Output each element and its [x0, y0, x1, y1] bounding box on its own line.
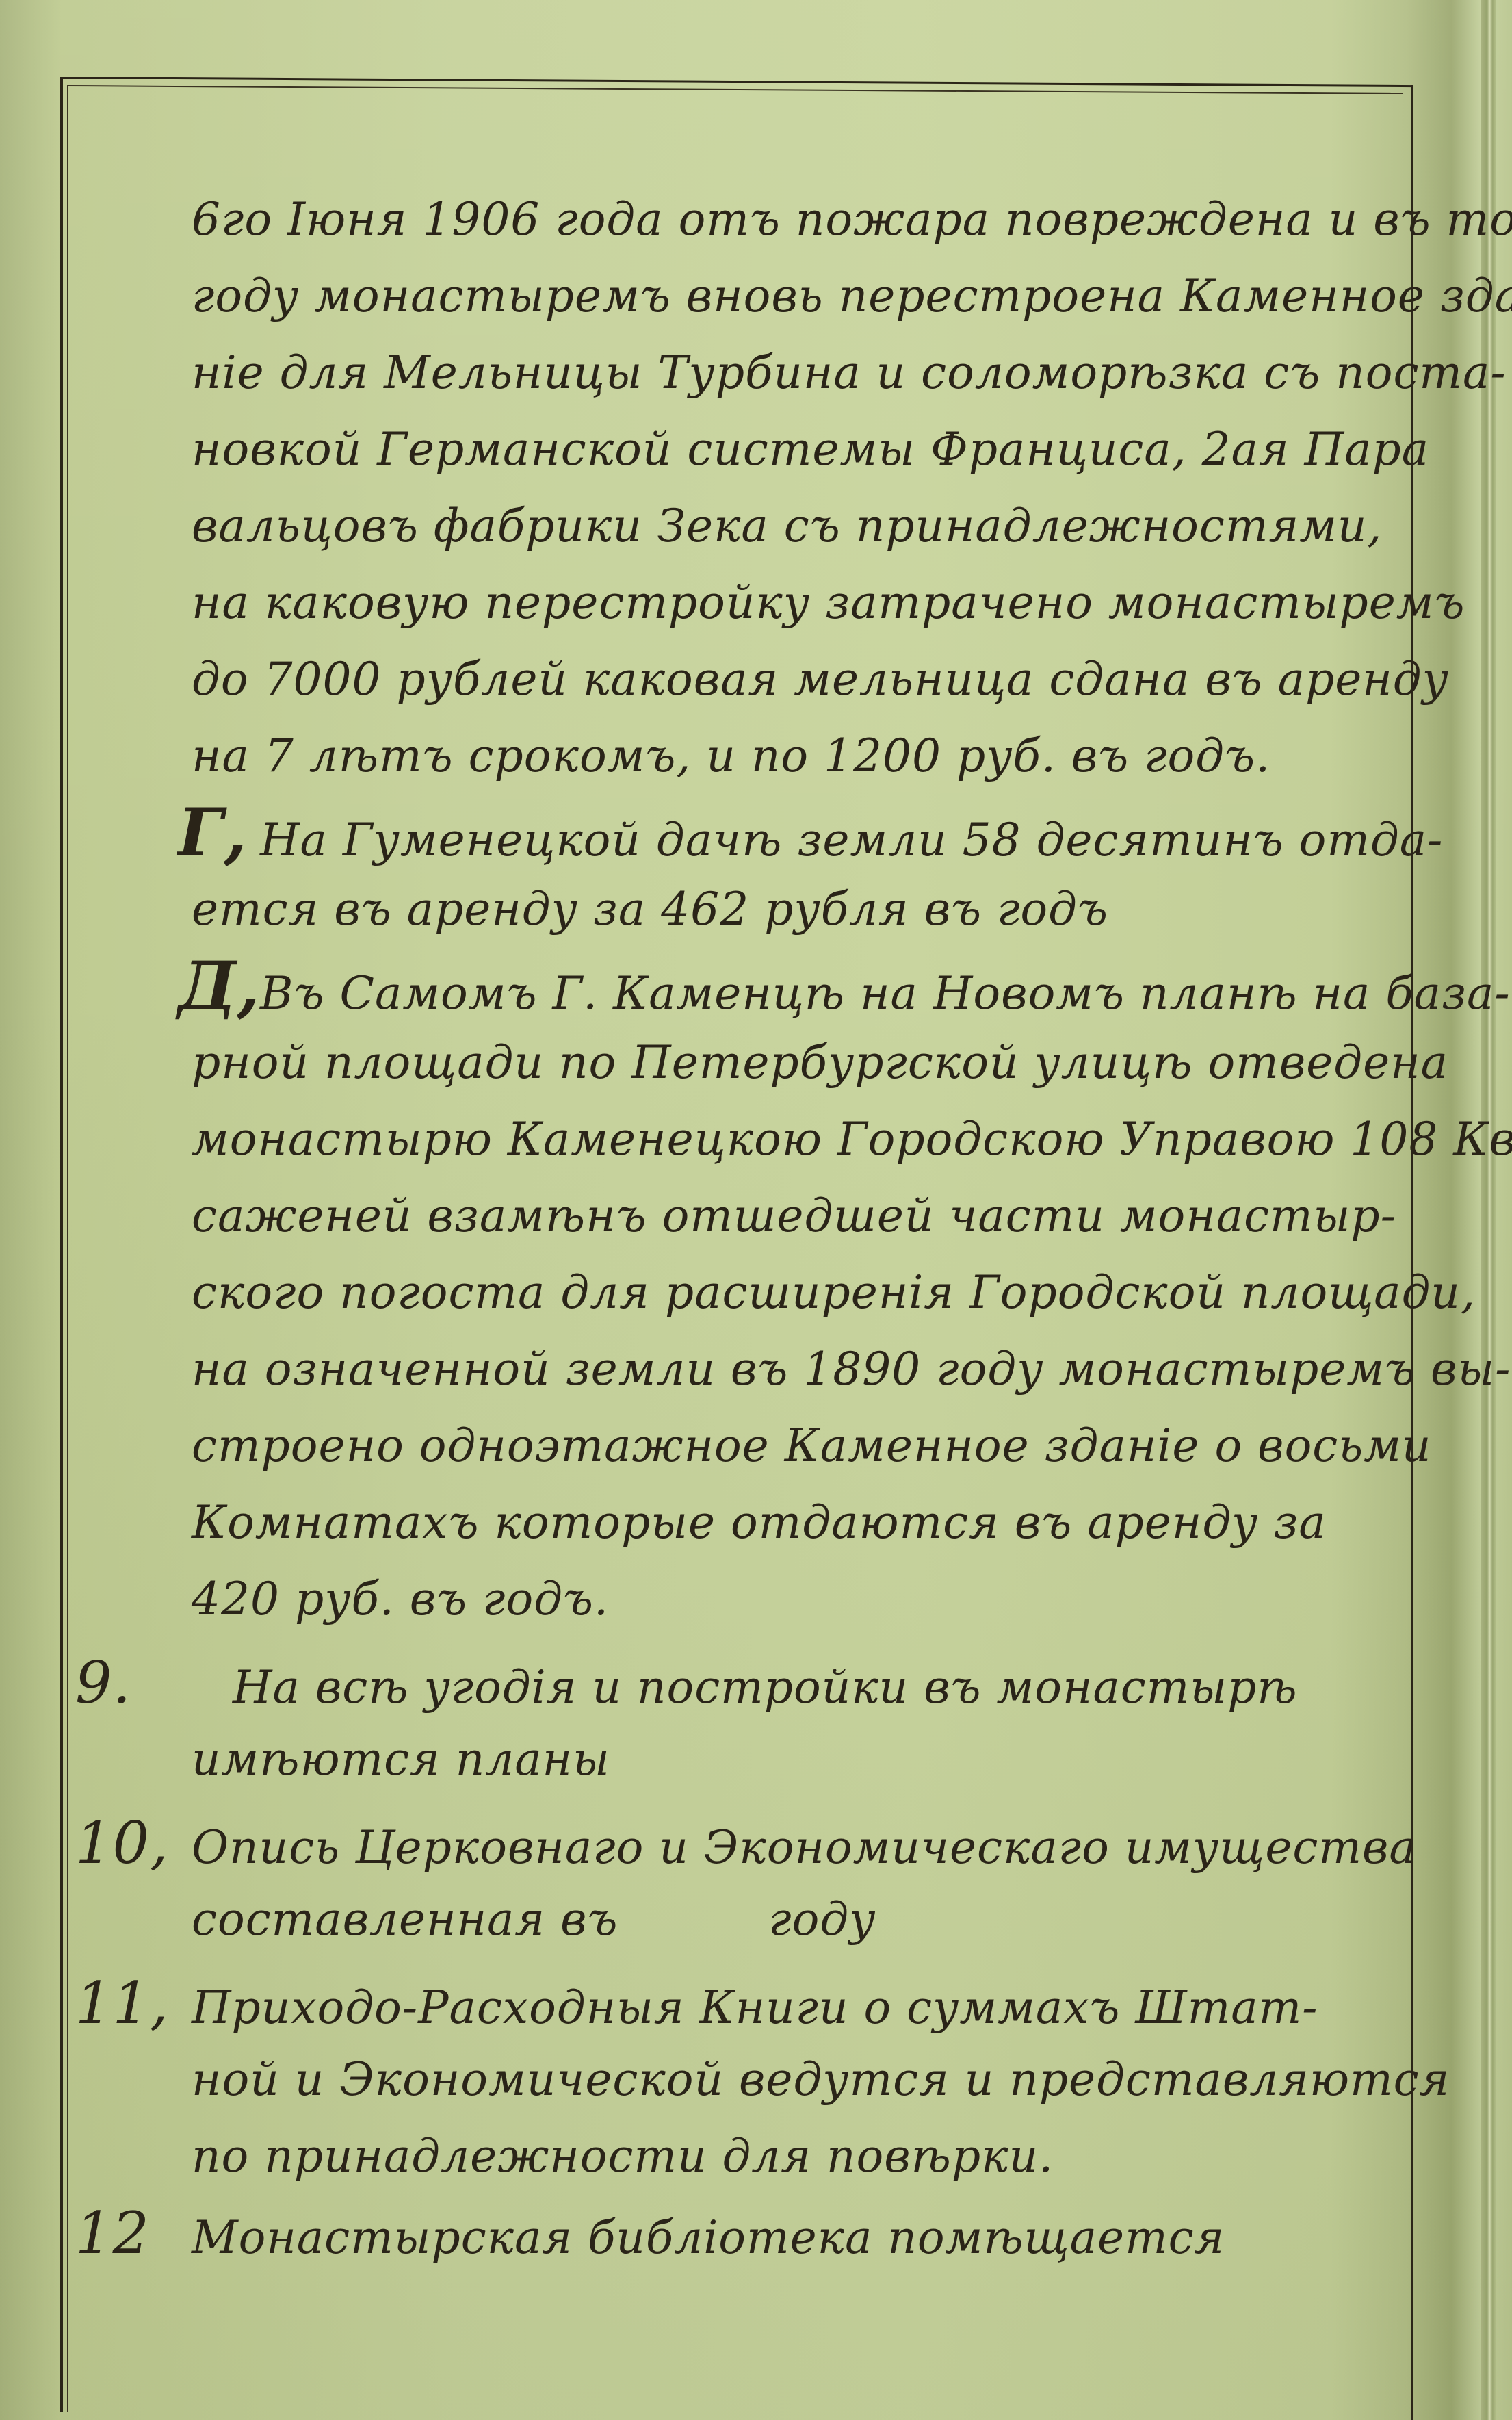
manuscript-body: 6го Іюня 1906 года отъ пожара повреждена…: [75, 181, 1437, 2271]
item-text: Приходо-Расходныя Книги о суммахъ Штат-: [192, 1981, 1318, 2034]
text-line: на означенной земли въ 1890 году монасты…: [75, 1331, 1437, 1408]
text-line: на каковую перестройку затрачено монасты…: [75, 565, 1437, 641]
text-line: 6го Іюня 1906 года отъ пожара повреждена…: [75, 181, 1437, 258]
text-line: на 7 лѣтъ срокомъ, и по 1200 руб. въ год…: [75, 718, 1437, 795]
text-line: саженей взамѣнъ отшедшей части монастыр-: [75, 1178, 1437, 1254]
item-text: На всѣ угодія и постройки въ монастырѣ: [192, 1661, 1298, 1714]
text-line: монастырю Каменецкою Городскою Управою 1…: [75, 1101, 1437, 1178]
text-line: ского погоста для расширенія Городской п…: [75, 1254, 1437, 1331]
text-line: 420 руб. въ годъ.: [75, 1561, 1437, 1638]
text-line: ется въ аренду за 462 рубля въ годъ: [75, 871, 1437, 948]
item-text: Опись Церковнаго и Экономическаго имущес…: [192, 1821, 1417, 1874]
section-g-text: На Гуменецкой дачѣ земли 58 десятинъ отд…: [260, 814, 1443, 866]
item-text: Монастырская библіотека помѣщается: [192, 2211, 1225, 2264]
section-marker-d: Д,: [75, 948, 260, 1025]
item-number: 11,: [75, 1965, 192, 2042]
text-line: ніе для Мельницы Турбина и соломорѣзка с…: [75, 335, 1437, 411]
text-line: составленная въ году: [75, 1881, 1437, 1958]
section-marker-g: Г,: [75, 795, 260, 871]
item-number: 9.: [75, 1645, 192, 1721]
text-line: по принадлежности для повѣрки.: [75, 2118, 1437, 2195]
item-12: 12Монастырская библіотека помѣщается: [75, 2195, 1437, 2271]
item-11: 11,Приходо-Расходныя Книги о суммахъ Шта…: [75, 1965, 1437, 2042]
text-line: строено одноэтажное Каменное зданіе о во…: [75, 1408, 1437, 1484]
text-line: году монастыремъ вновь перестроена Камен…: [75, 258, 1437, 335]
text-line: имѣются планы: [75, 1721, 1437, 1798]
item-9: 9.На всѣ угодія и постройки въ монастырѣ: [75, 1645, 1437, 1721]
section-d-line: Д,Въ Самомъ Г. Каменцѣ на Новомъ планѣ н…: [75, 948, 1437, 1025]
section-d-text: Въ Самомъ Г. Каменцѣ на Новомъ планѣ на …: [260, 967, 1511, 1020]
section-g-line: Г,На Гуменецкой дачѣ земли 58 десятинъ о…: [75, 795, 1437, 871]
text-line: ной и Экономической ведутся и представля…: [75, 2042, 1437, 2118]
text-line: вальцовъ фабрики Зека съ принадлежностям…: [75, 488, 1437, 565]
text-line: рной площади по Петербургской улицѣ отве…: [75, 1025, 1437, 1101]
item-number: 10,: [75, 1805, 192, 1881]
item-10: 10,Опись Церковнаго и Экономическаго иму…: [75, 1805, 1437, 1881]
text-line: новкой Германской системы Франциса, 2ая …: [75, 411, 1437, 488]
item-number: 12: [75, 2195, 192, 2271]
text-line: Комнатахъ которые отдаются въ аренду за: [75, 1484, 1437, 1561]
text-line: до 7000 рублей каковая мельница сдана въ…: [75, 641, 1437, 718]
